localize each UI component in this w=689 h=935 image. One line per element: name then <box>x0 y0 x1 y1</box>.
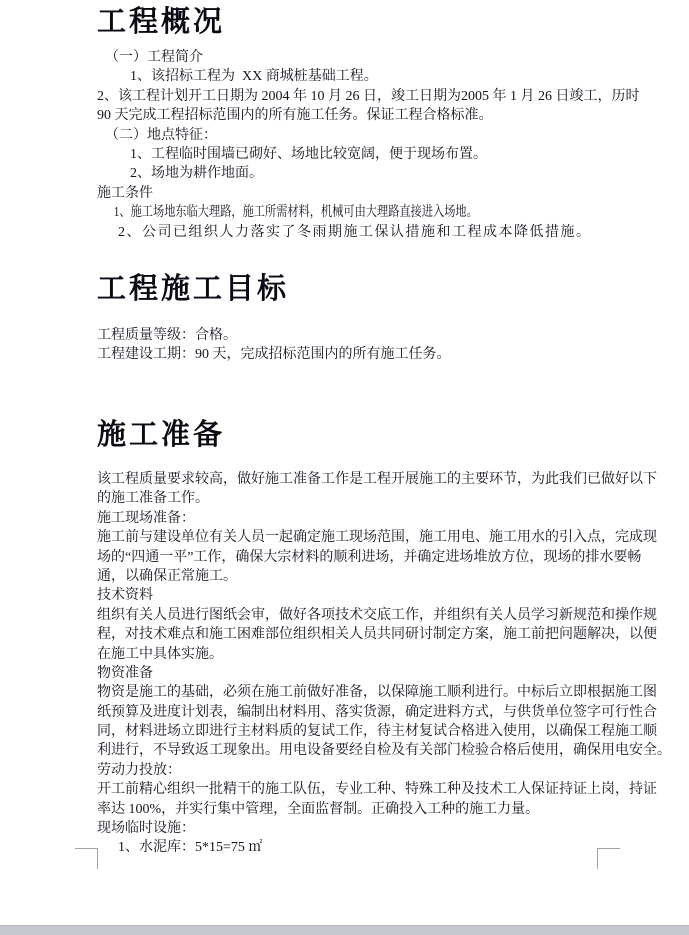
margin-mark-horizontal-line <box>597 848 620 849</box>
text-line: 1、工程临时围墙已砌好、场地比较宽阔，便于现场布置。 <box>97 145 617 164</box>
section-body: 该工程质量要求较高，做好施工准备工作是工程开展施工的主要环节，为此我们已做好以下… <box>97 470 617 858</box>
page-margin-mark-right <box>597 848 620 869</box>
text-line: 工程质量等级：合格。 <box>97 326 617 345</box>
text-line: （二）地点特征： <box>97 126 617 145</box>
text-line: 2、公司已组织人力落实了冬雨期施工保认措施和工程成本降低措施。 <box>97 223 617 242</box>
section-body: （一）工程简介1、该招标工程为 XX 商城桩基础工程。2、该工程计划开工日期为 … <box>97 48 617 242</box>
page-margin-mark-left <box>75 848 98 869</box>
text-line: 劳动力投放： <box>97 761 617 780</box>
text-line: 施工现场准备： <box>97 509 617 528</box>
section-body: 工程质量等级：合格。工程建设工期：90 天，完成招标范围内的所有施工任务。 <box>97 326 617 365</box>
text-line: 技术资料 <box>97 586 617 605</box>
text-line: 在施工中具体实施。 <box>97 645 617 664</box>
text-line: （一）工程简介 <box>97 48 617 67</box>
text-line: 物资准备 <box>97 664 617 683</box>
margin-mark-vertical-line <box>597 848 598 869</box>
text-line: 1、水泥库：5*15=75 ㎡ <box>97 838 617 857</box>
section-construction-preparation: 施工准备 该工程质量要求较高，做好施工准备工作是工程开展施工的主要环节，为此我们… <box>97 416 617 858</box>
text-line: 通，以确保正常施工。 <box>97 567 617 586</box>
section-title: 施工准备 <box>97 416 617 454</box>
text-line: 场的“四通一平”工作，确保大宗材料的顺利进场，并确定进场堆放方位，现场的排水要畅 <box>97 548 617 567</box>
section-project-overview: 工程概况 （一）工程简介1、该招标工程为 XX 商城桩基础工程。2、该工程计划开… <box>97 2 617 242</box>
section-title: 工程概况 <box>97 2 617 42</box>
window-bottom-bar <box>0 925 689 935</box>
text-line: 的施工准备工作。 <box>97 489 617 508</box>
text-line: 现场临时设施： <box>97 819 617 838</box>
text-line: 1、施工场地东临大理路，施工所需材料，机械可由大理路直接进入场地。 <box>97 203 513 222</box>
text-line: 率达 100%，并实行集中管理，全面监督制。正确投入工种的施工力量。 <box>97 800 617 819</box>
text-line: 开工前精心组织一批精干的施工队伍，专业工种、特殊工种及技术工人保证持证上岗，持证 <box>97 780 617 799</box>
text-line: 90 天完成工程招标范围内的所有施工任务。保证工程合格标准。 <box>97 106 617 125</box>
text-line: 1、该招标工程为 XX 商城桩基础工程。 <box>97 67 617 86</box>
text-line: 2、场地为耕作地面。 <box>97 164 617 183</box>
text-line: 该工程质量要求较高，做好施工准备工作是工程开展施工的主要环节，为此我们已做好以下 <box>97 470 617 489</box>
text-line: 施工条件 <box>97 184 617 203</box>
text-line: 纸预算及进度计划表，编制出材料用、落实货源，确定进料方式，与供货单位签字可行性合 <box>97 703 617 722</box>
section-title: 工程施工目标 <box>97 270 617 308</box>
text-line: 组织有关人员进行图纸会审，做好各项技术交底工作，并组织有关人员学习新规范和操作规 <box>97 606 617 625</box>
text-line: 2、该工程计划开工日期为 2004 年 10 月 26 日，竣工日期为2005 … <box>97 87 617 106</box>
text-line: 物资是施工的基础，必须在施工前做好准备，以保障施工顺利进行。中标后立即根据施工图 <box>97 683 617 702</box>
text-line: 工程建设工期：90 天，完成招标范围内的所有施工任务。 <box>97 345 617 364</box>
text-line: 施工前与建设单位有关人员一起确定施工现场范围，施工用电、施工用水的引入点，完成现 <box>97 528 617 547</box>
margin-mark-vertical-line <box>97 848 98 869</box>
text-line: 利进行，不导致返工现象出。用电设备要经自检及有关部门检验合格后使用，确保用电安全… <box>97 741 617 760</box>
section-construction-goals: 工程施工目标 工程质量等级：合格。工程建设工期：90 天，完成招标范围内的所有施… <box>97 270 617 365</box>
document-page: 工程概况 （一）工程简介1、该招标工程为 XX 商城桩基础工程。2、该工程计划开… <box>0 0 689 935</box>
margin-mark-horizontal-line <box>75 848 98 849</box>
text-line: 同，材料进场立即进行主材料质的复试工作，待主材复试合格进入使用，以确保工程施工顺 <box>97 722 617 741</box>
text-line: 程，对技术难点和施工困难部位组织相关人员共同研讨制定方案，施工前把问题解决，以便 <box>97 625 617 644</box>
